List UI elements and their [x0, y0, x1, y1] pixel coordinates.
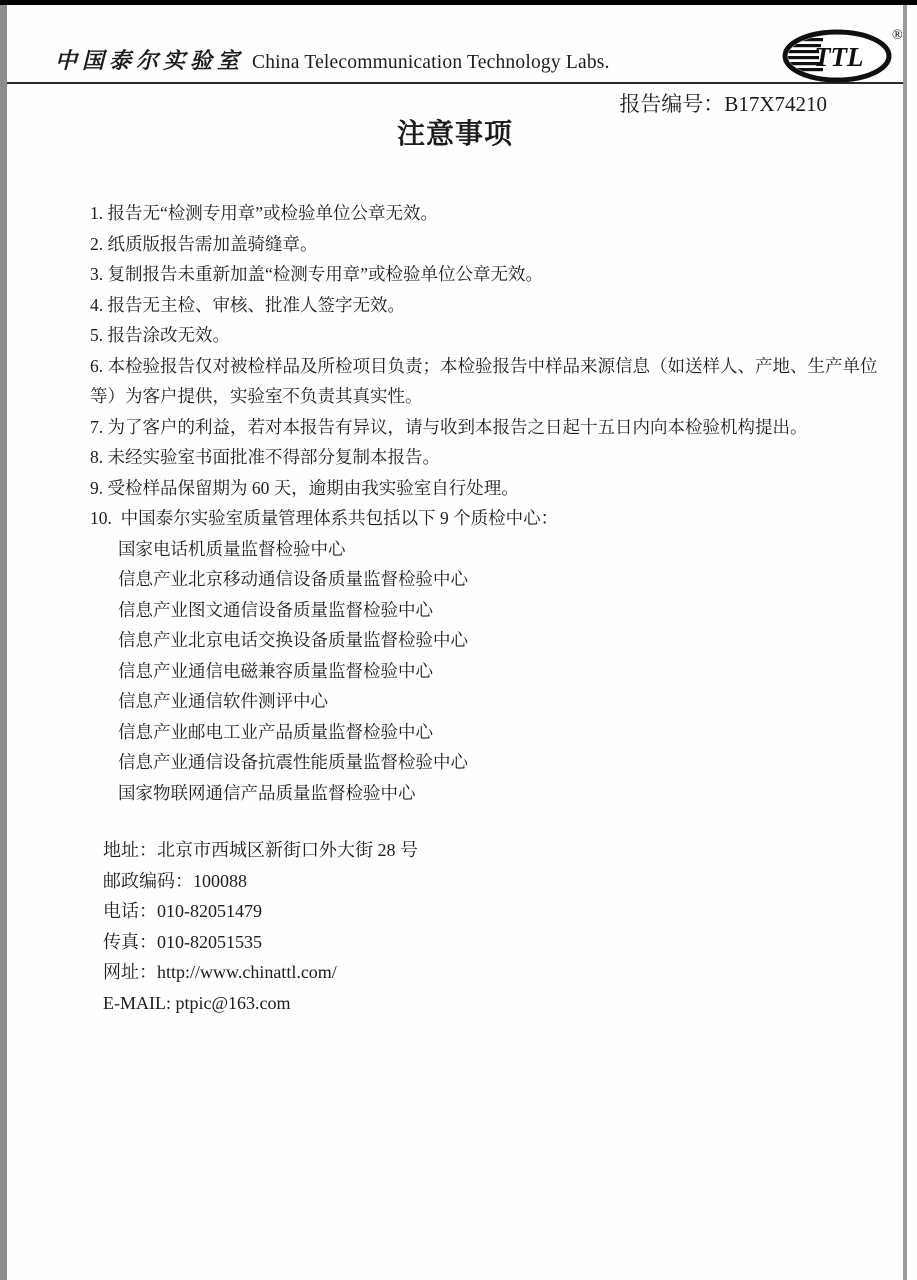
contact-postcode: 邮政编码：100088: [103, 866, 891, 897]
qc-center-item-8: 信息产业通信设备抗震性能质量监督检验中心: [118, 747, 891, 778]
qc-centers-list: 国家电话机质量监督检验中心 信息产业北京移动通信设备质量监督检验中心 信息产业图…: [118, 534, 891, 809]
qc-center-item-7: 信息产业邮电工业产品质量监督检验中心: [118, 717, 891, 748]
contact-block: 地址：北京市西城区新街口外大街 28 号 邮政编码：100088 电话：010-…: [103, 835, 891, 1018]
ttl-logo-text: TTL: [814, 42, 863, 72]
notice-item-7: 7. 为了客户的利益，若对本报告有异议，请与收到本报告之日起十五日内向本检验机构…: [90, 412, 891, 443]
notice-item-6: 6. 本检验报告仅对被检样品及所检项目负责；本检验报告中样品来源信息（如送样人、…: [90, 351, 891, 412]
notice-item-9: 9. 受检样品保留期为 60 天，逾期由我实验室自行处理。: [90, 473, 891, 504]
qc-center-item-9: 国家物联网通信产品质量监督检验中心: [118, 778, 891, 809]
qc-center-item-6: 信息产业通信软件测评中心: [118, 686, 891, 717]
contact-fax: 传真：010-82051535: [103, 927, 891, 958]
notice-item-4: 4. 报告无主检、审核、批准人签字无效。: [90, 290, 891, 321]
lab-name-chinese: 中国泰尔实验室: [55, 48, 244, 73]
notice-item-3: 3. 复制报告未重新加盖“检测专用章”或检验单位公章无效。: [90, 259, 891, 290]
page-title: 注意事项: [7, 112, 903, 152]
ttl-logo-icon: TTL ®: [781, 27, 907, 83]
lab-brand: 中国泰尔实验室China Telecommunication Technolog…: [55, 44, 610, 75]
notice-item-1: 1. 报告无“检测专用章”或检验单位公章无效。: [90, 198, 891, 229]
qc-center-item-5: 信息产业通信电磁兼容质量监督检验中心: [118, 656, 891, 687]
notice-item-5: 5. 报告涂改无效。: [90, 320, 891, 351]
qc-center-item-3: 信息产业图文通信设备质量监督检验中心: [118, 595, 891, 626]
qc-center-item-2: 信息产业北京移动通信设备质量监督检验中心: [118, 564, 891, 595]
contact-email: E-MAIL: ptpic@163.com: [103, 988, 891, 1019]
contact-phone: 电话：010-82051479: [103, 896, 891, 927]
qc-center-item-1: 国家电话机质量监督检验中心: [118, 534, 891, 565]
scan-left-edge: [0, 5, 7, 1280]
notice-item-8: 8. 未经实验室书面批准不得部分复制本报告。: [90, 442, 891, 473]
notices-section: 1. 报告无“检测专用章”或检验单位公章无效。 2. 纸质版报告需加盖骑缝章。 …: [90, 198, 891, 1018]
notice-item-10: 10. 中国泰尔实验室质量管理体系共包括以下 9 个质检中心：: [90, 503, 891, 534]
contact-address: 地址：北京市西城区新街口外大街 28 号: [103, 835, 891, 866]
notice-item-2: 2. 纸质版报告需加盖骑缝章。: [90, 229, 891, 260]
qc-center-item-4: 信息产业北京电话交换设备质量监督检验中心: [118, 625, 891, 656]
registered-trademark-symbol: ®: [892, 28, 903, 43]
contact-website: 网址：http://www.chinattl.com/: [103, 957, 891, 988]
page-header: 中国泰尔实验室China Telecommunication Technolog…: [7, 5, 903, 84]
scan-right-edge: [903, 5, 907, 1280]
lab-name-english: China Telecommunication Technology Labs.: [252, 52, 610, 73]
scanned-report-page: 中国泰尔实验室China Telecommunication Technolog…: [0, 0, 917, 1280]
